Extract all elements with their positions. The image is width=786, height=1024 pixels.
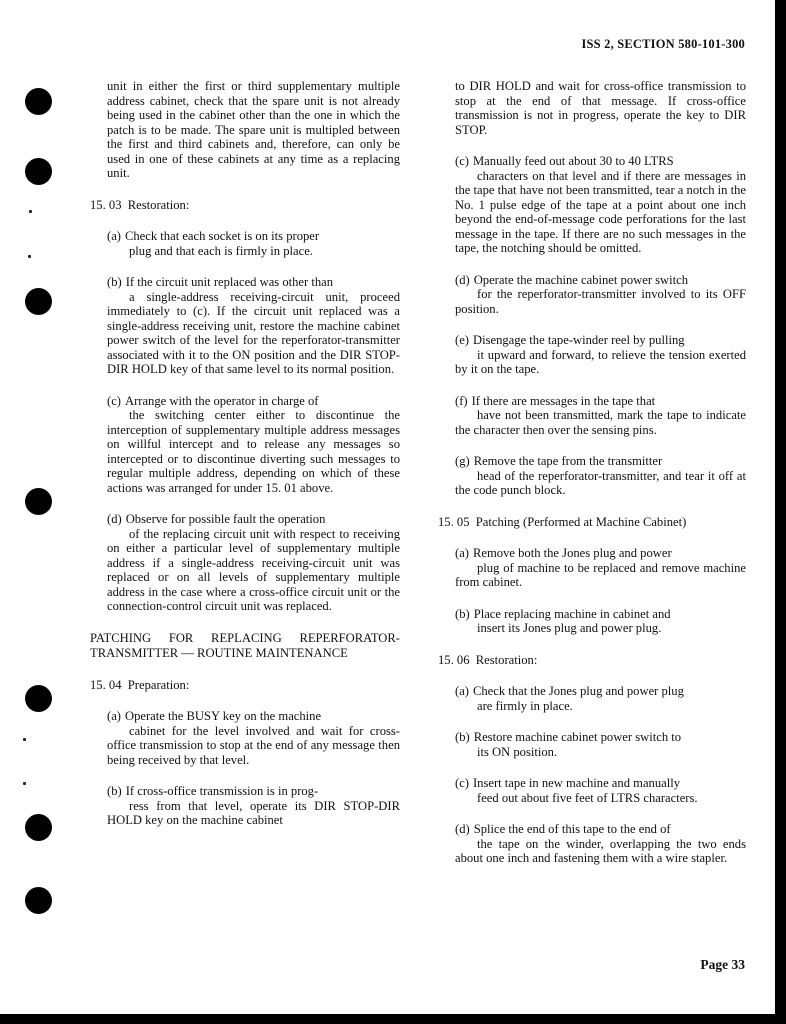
item-text-first-line: Restore machine cabinet power switch to <box>474 730 681 744</box>
paragraph-number: 15. 03 <box>90 198 121 212</box>
item-text-first-line: If cross-office transmission is in prog- <box>126 784 319 798</box>
item-label: (d) <box>107 512 122 526</box>
right-column: to DIR HOLD and wait for cross-office tr… <box>438 79 746 883</box>
list-item: (d)Observe for possible fault the operat… <box>90 512 400 614</box>
item-text-first-line: Observe for possible fault the operation <box>126 512 326 526</box>
punch-hole-icon <box>25 685 52 712</box>
paragraph-title: Preparation: <box>128 678 190 692</box>
paragraph-number: 15. 04 <box>90 678 121 692</box>
list-item: (c)Manually feed out about 30 to 40 LTRS… <box>438 154 746 256</box>
item-text: have not been transmitted, mark the tape… <box>455 408 746 437</box>
list-item: (a)Check that the Jones plug and power p… <box>438 684 746 713</box>
paragraph-heading-15-06: 15. 06 Restoration: <box>438 653 746 668</box>
section-heading: PATCHING FOR REPLACING REPERFORATOR-TRAN… <box>90 631 400 661</box>
item-label: (b) <box>107 784 122 798</box>
scan-speck <box>23 782 26 785</box>
item-label: (a) <box>107 709 121 723</box>
continuation-text: unit in either the first or third supple… <box>90 79 400 181</box>
item-text: of the replacing circuit unit with respe… <box>107 527 400 614</box>
punch-hole-icon <box>25 887 52 914</box>
item-text-first-line: Arrange with the operator in charge of <box>125 394 319 408</box>
item-label: (a) <box>107 229 121 243</box>
list-item: (a)Operate the BUSY key on the machineca… <box>90 709 400 767</box>
item-label: (f) <box>455 394 468 408</box>
item-text: its ON position. <box>477 745 557 759</box>
item-label: (d) <box>455 273 470 287</box>
item-label: (a) <box>455 546 469 560</box>
item-text-first-line: Check that each socket is on its proper <box>125 229 319 243</box>
section-header: ISS 2, SECTION 580-101-300 <box>581 37 745 52</box>
item-text-first-line: Operate the BUSY key on the machine <box>125 709 321 723</box>
item-text-first-line: Remove both the Jones plug and power <box>473 546 672 560</box>
item-text-first-line: Remove the tape from the transmitter <box>474 454 663 468</box>
item-label: (c) <box>455 154 469 168</box>
item-label: (b) <box>455 607 470 621</box>
paragraph-title: Patching (Performed at Machine Cabinet) <box>476 515 687 529</box>
item-text-first-line: Insert tape in new machine and manually <box>473 776 680 790</box>
item-text: the tape on the winder, overlapping the … <box>455 837 746 866</box>
item-label: (e) <box>455 333 469 347</box>
item-list-15-03: (a)Check that each socket is on its prop… <box>90 229 400 614</box>
item-text: plug and that each is firmly in place. <box>129 244 313 258</box>
left-column: unit in either the first or third supple… <box>90 79 400 845</box>
paragraph-number: 15. 06 <box>438 653 469 667</box>
item-list-15-05: (a)Remove both the Jones plug and powerp… <box>438 546 746 636</box>
item-text-first-line: If there are messages in the tape that <box>472 394 656 408</box>
item-text-first-line: If the circuit unit replaced was other t… <box>126 275 333 289</box>
document-page: ISS 2, SECTION 580-101-300 unit in eithe… <box>0 0 775 1014</box>
item-label: (c) <box>455 776 469 790</box>
item-label: (g) <box>455 454 470 468</box>
scan-speck <box>28 255 31 258</box>
punch-hole-icon <box>25 288 52 315</box>
paragraph-heading-15-05: 15. 05 Patching (Performed at Machine Ca… <box>438 515 746 530</box>
item-text: the switching center either to discontin… <box>107 408 400 495</box>
list-item: (e)Disengage the tape-winder reel by pul… <box>438 333 746 377</box>
list-item: (b)If cross-office transmission is in pr… <box>90 784 400 828</box>
scan-speck <box>29 210 32 213</box>
list-item: (a)Check that each socket is on its prop… <box>90 229 400 258</box>
item-label: (d) <box>455 822 470 836</box>
list-item: (d)Splice the end of this tape to the en… <box>438 822 746 866</box>
item-text-first-line: Manually feed out about 30 to 40 LTRS <box>473 154 674 168</box>
punch-hole-icon <box>25 88 52 115</box>
item-text: for the reperforator-transmitter involve… <box>455 287 746 316</box>
item-list-15-04: (a)Operate the BUSY key on the machineca… <box>90 709 400 828</box>
item-text-first-line: Check that the Jones plug and power plug <box>473 684 684 698</box>
paragraph-title: Restoration: <box>476 653 538 667</box>
item-text: it upward and forward, to relieve the te… <box>455 348 746 377</box>
item-text: cabinet for the level involved and wait … <box>107 724 400 767</box>
continuation-text: to DIR HOLD and wait for cross-office tr… <box>438 79 746 137</box>
list-item: (f)If there are messages in the tape tha… <box>438 394 746 438</box>
item-list-15-06: (a)Check that the Jones plug and power p… <box>438 684 746 866</box>
item-text-first-line: Splice the end of this tape to the end o… <box>474 822 671 836</box>
list-item: (b)If the circuit unit replaced was othe… <box>90 275 400 377</box>
item-text: insert its Jones plug and power plug. <box>477 621 661 635</box>
item-label: (a) <box>455 684 469 698</box>
list-item: (c)Insert tape in new machine and manual… <box>438 776 746 805</box>
item-list-15-04-cont: (c)Manually feed out about 30 to 40 LTRS… <box>438 154 746 498</box>
item-label: (c) <box>107 394 121 408</box>
list-item: (c)Arrange with the operator in charge o… <box>90 394 400 496</box>
item-text: ress from that level, operate its DIR ST… <box>107 799 400 828</box>
item-label: (b) <box>455 730 470 744</box>
item-label: (b) <box>107 275 122 289</box>
paragraph-title: Restoration: <box>128 198 190 212</box>
item-text: plug of machine to be replaced and remov… <box>455 561 746 590</box>
paragraph-heading-15-04: 15. 04 Preparation: <box>90 678 400 693</box>
item-text: characters on that level and if there ar… <box>455 169 746 256</box>
list-item: (a)Remove both the Jones plug and powerp… <box>438 546 746 590</box>
item-text: head of the reperforator-transmitter, an… <box>455 469 746 498</box>
item-text: feed out about five feet of LTRS charact… <box>477 791 698 805</box>
item-text-first-line: Disengage the tape-winder reel by pullin… <box>473 333 685 347</box>
list-item: (g)Remove the tape from the transmitterh… <box>438 454 746 498</box>
list-item: (d)Operate the machine cabinet power swi… <box>438 273 746 317</box>
punch-hole-icon <box>25 488 52 515</box>
item-text: a single-address receiving-circuit unit,… <box>107 290 400 377</box>
page-number: Page 33 <box>700 957 745 973</box>
scan-speck <box>23 738 26 741</box>
list-item: (b)Restore machine cabinet power switch … <box>438 730 746 759</box>
paragraph-heading-15-03: 15. 03 Restoration: <box>90 198 400 213</box>
punch-hole-icon <box>25 158 52 185</box>
punch-hole-icon <box>25 814 52 841</box>
item-text-first-line: Place replacing machine in cabinet and <box>474 607 671 621</box>
paragraph-number: 15. 05 <box>438 515 469 529</box>
item-text-first-line: Operate the machine cabinet power switch <box>474 273 688 287</box>
item-text: are firmly in place. <box>477 699 573 713</box>
list-item: (b)Place replacing machine in cabinet an… <box>438 607 746 636</box>
